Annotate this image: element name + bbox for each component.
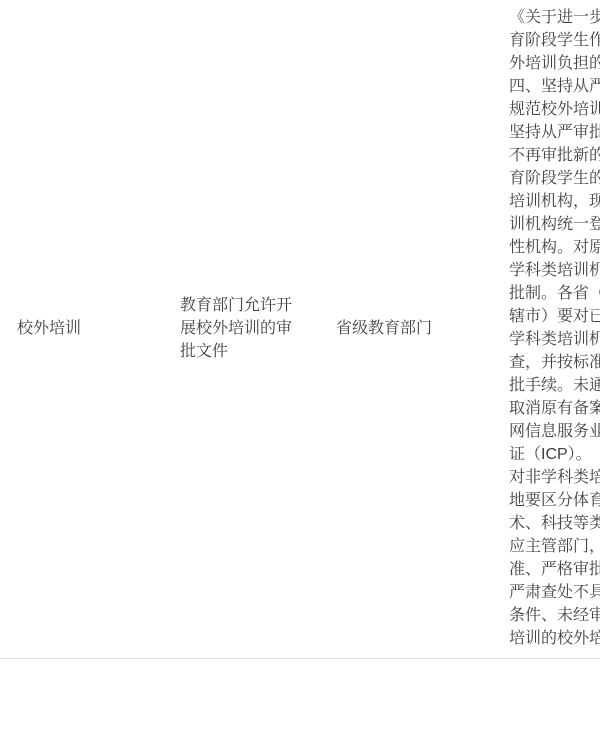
cell-item-name: 校外培训 (0, 0, 165, 659)
table-row: 校外培训 教育部门允许开展校外培训的审批文件 省级教育部门 《关于进一步减轻义务… (0, 0, 600, 659)
basis-paragraph: 四、坚持从严治理，全面规范校外培训行为 (509, 75, 600, 121)
cell-issuing-authority: 省级教育部门 (321, 0, 496, 659)
basis-paragraph: 坚持从严审批机构。各地不再审批新的面向义务教育阶段学生的学科类校外培训机构，现有… (509, 121, 600, 466)
basis-paragraph: 对非学科类培训机构，各地要区分体育、文化艺术、科技等类别，明确相应主管部门，分类… (509, 466, 600, 650)
basis-paragraph: 《关于进一步减轻义务教育阶段学生作业负担和校外培训负担的意见》 (509, 6, 600, 75)
document-table: 校外培训 教育部门允许开展校外培训的审批文件 省级教育部门 《关于进一步减轻义务… (0, 0, 600, 659)
cell-policy-basis: 《关于进一步减轻义务教育阶段学生作业负担和校外培训负担的意见》四、坚持从严治理，… (496, 0, 600, 659)
cell-certificate-name: 教育部门允许开展校外培训的审批文件 (165, 0, 321, 659)
